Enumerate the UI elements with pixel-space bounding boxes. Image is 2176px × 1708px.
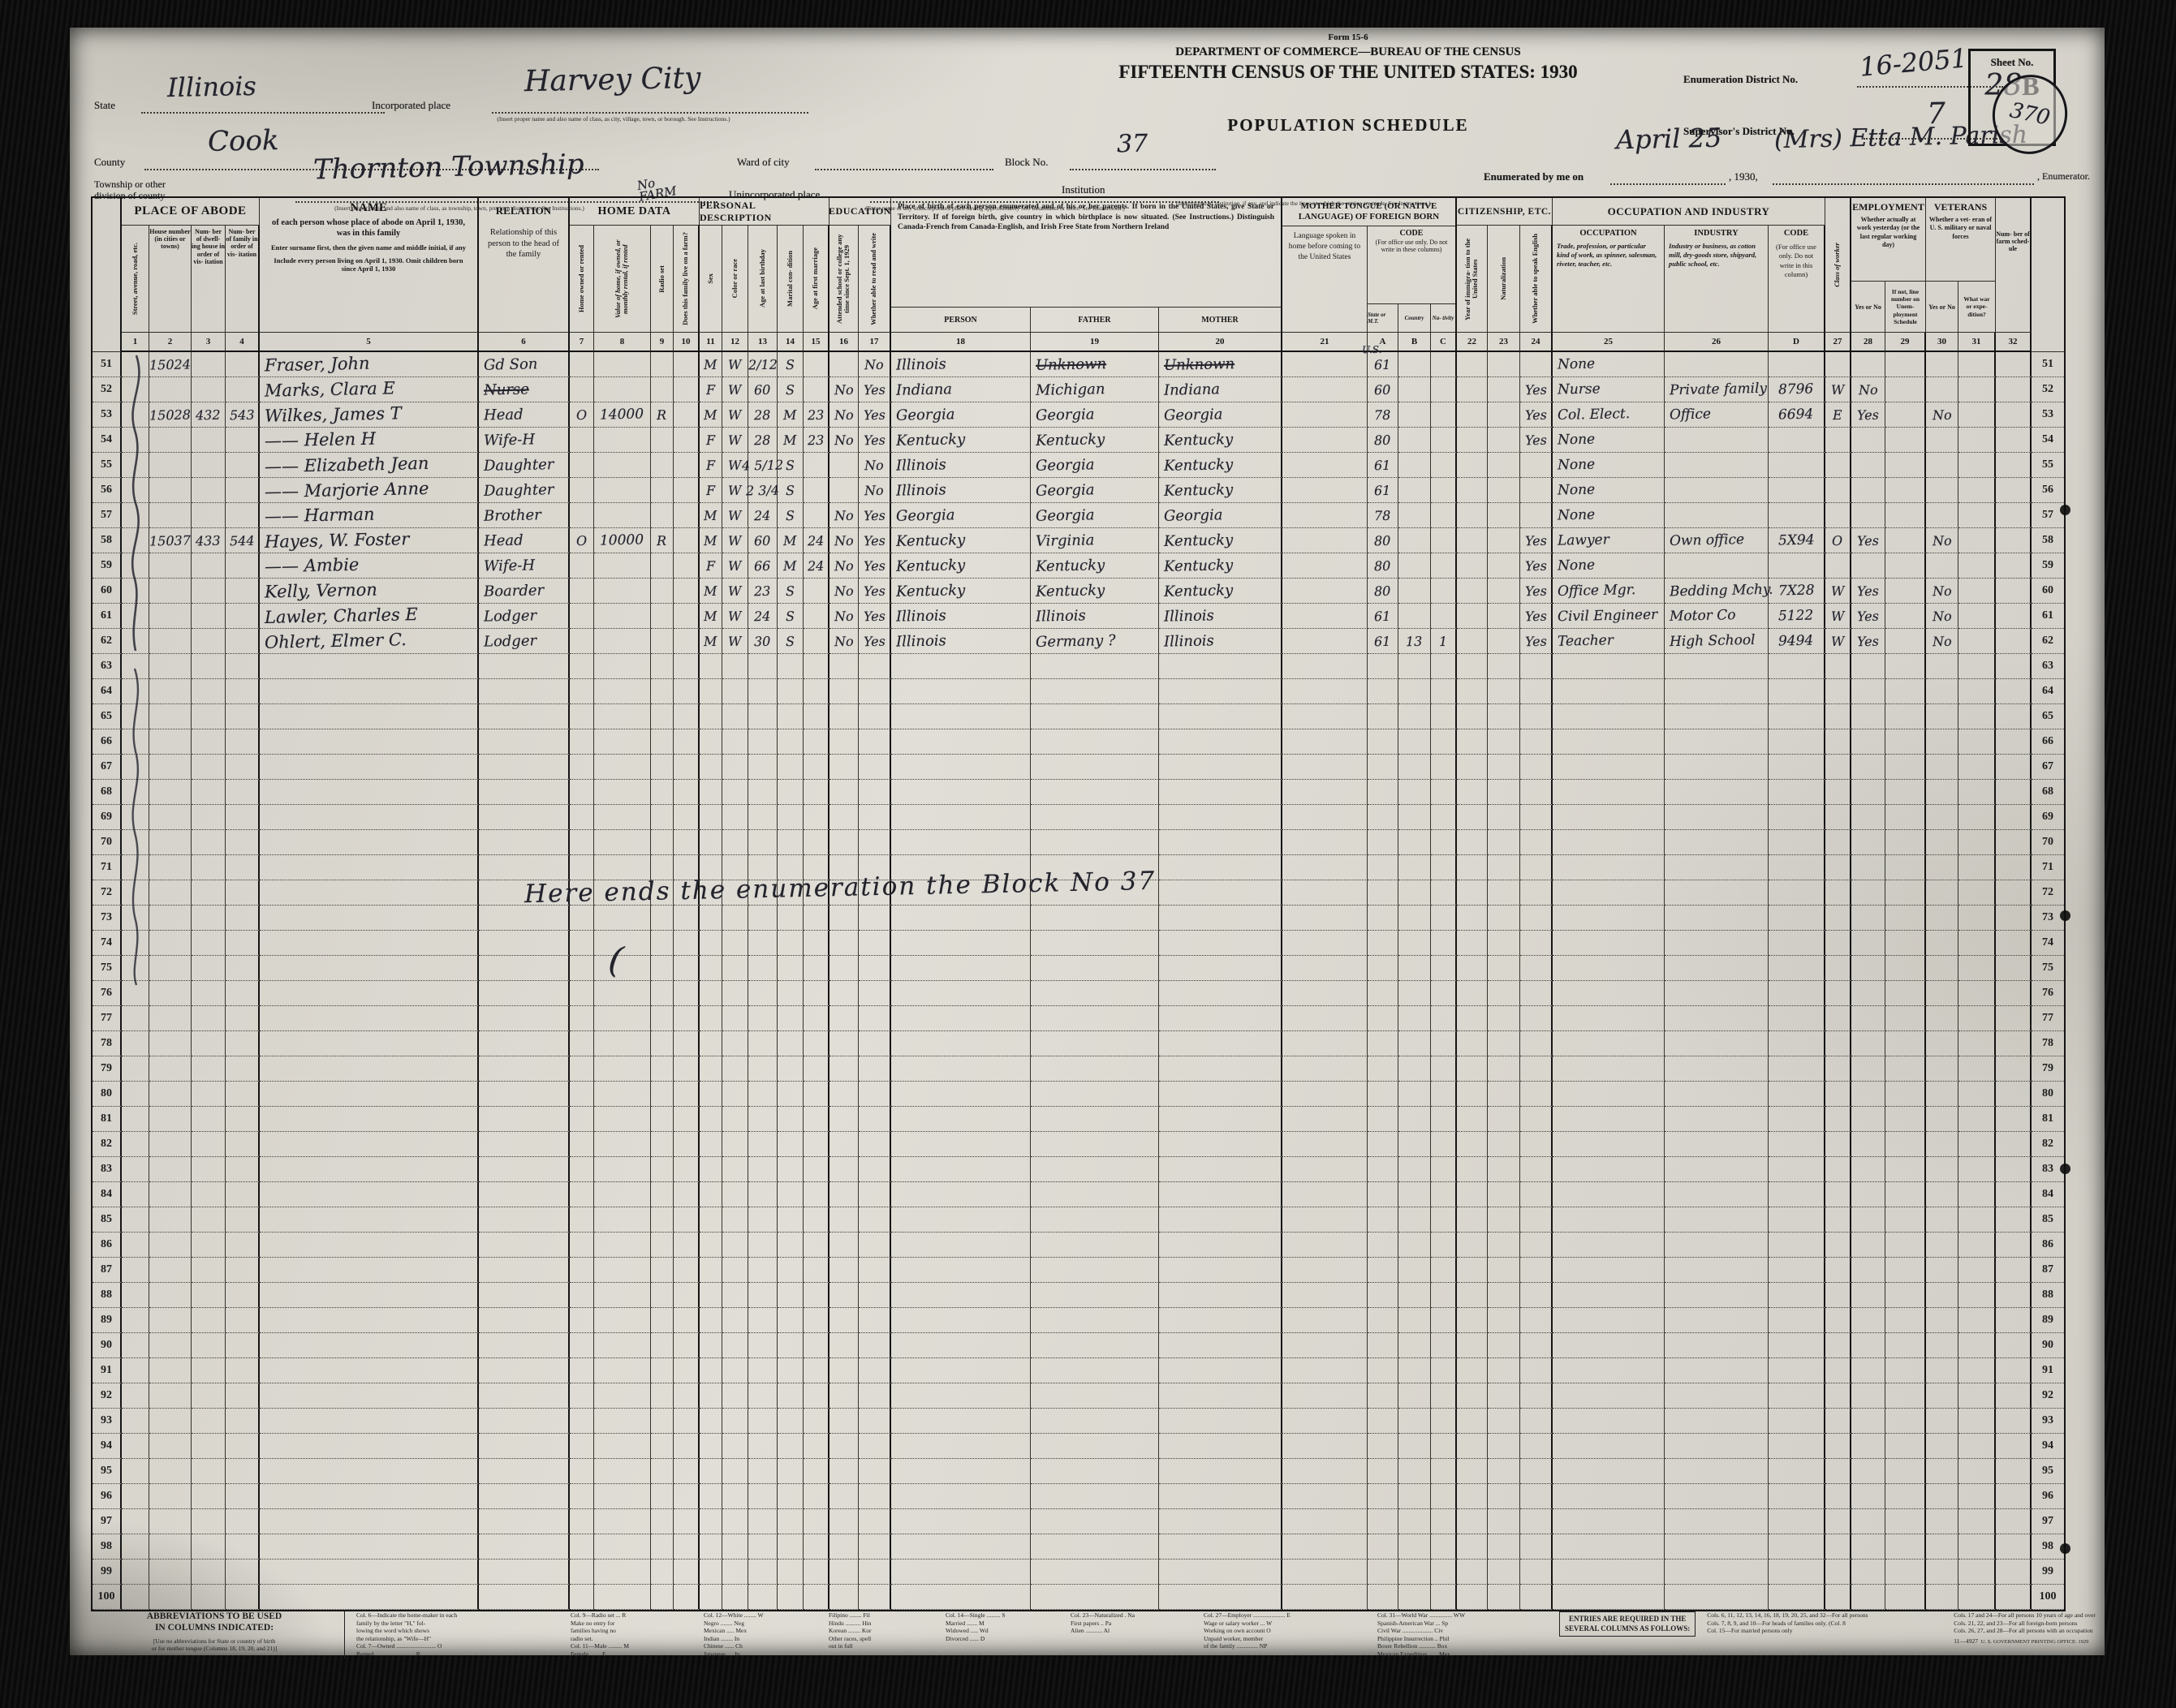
header-read-write: Whether able to read and write bbox=[859, 226, 891, 333]
cell-radio: R bbox=[651, 528, 674, 553]
cell-sch: No bbox=[829, 528, 859, 553]
cell-imm bbox=[1457, 428, 1488, 453]
cell-cD bbox=[1769, 1484, 1825, 1509]
cell-cB bbox=[1398, 855, 1431, 880]
cell-mar: S bbox=[778, 604, 804, 629]
header-immigration-year: Year of immigra- tion to the United Stat… bbox=[1457, 226, 1488, 333]
incorporated-value: Harvey City bbox=[524, 62, 701, 99]
row-number: 83 bbox=[93, 1157, 122, 1182]
cell-own bbox=[570, 1484, 594, 1509]
cell-lang bbox=[1282, 780, 1368, 805]
cell-read bbox=[859, 1308, 891, 1333]
cell-bpP bbox=[891, 654, 1031, 679]
cell-bpM bbox=[1159, 1056, 1282, 1082]
cell-own bbox=[570, 1207, 594, 1233]
column-number: 31 bbox=[1958, 333, 1996, 352]
cell-farm bbox=[674, 1534, 700, 1560]
cell-cC bbox=[1431, 1082, 1457, 1107]
cell-farm bbox=[674, 1358, 700, 1383]
cell-c29 bbox=[1885, 1031, 1926, 1056]
cell-street bbox=[122, 1006, 149, 1031]
row-number: 53 bbox=[2032, 402, 2064, 428]
cell-c29 bbox=[1885, 377, 1926, 402]
cell-occ bbox=[1553, 1233, 1665, 1258]
cell-dwell bbox=[192, 1509, 226, 1534]
cell-cD bbox=[1769, 553, 1825, 579]
cell-vet bbox=[1926, 704, 1958, 729]
cell-cB bbox=[1398, 528, 1431, 553]
cell-name bbox=[260, 1434, 479, 1459]
cell-age bbox=[748, 1031, 778, 1056]
cell-rel: Lodger bbox=[479, 604, 570, 629]
legend-col23: Col. 23—Naturalized . Na First papers ..… bbox=[1071, 1611, 1192, 1659]
cell-c29 bbox=[1885, 528, 1926, 553]
cell-age bbox=[748, 1006, 778, 1031]
cell-rel bbox=[479, 805, 570, 830]
cell-c29 bbox=[1885, 579, 1926, 604]
cell-work bbox=[1851, 830, 1885, 855]
cell-work bbox=[1851, 428, 1885, 453]
cell-fam bbox=[226, 1258, 260, 1283]
cell-farm bbox=[674, 1182, 700, 1207]
cell-dwell bbox=[192, 1383, 226, 1409]
cell-sch bbox=[829, 1283, 859, 1308]
cell-name: —— Helen H bbox=[260, 428, 479, 453]
cell-age: 60 bbox=[748, 528, 778, 553]
cell-sex bbox=[700, 1258, 722, 1283]
cell-cA bbox=[1368, 830, 1398, 855]
cell-age: 24 bbox=[748, 604, 778, 629]
cell-c29 bbox=[1885, 931, 1926, 956]
cell-cA bbox=[1368, 1409, 1398, 1434]
cell-street bbox=[122, 906, 149, 931]
cell-sch bbox=[829, 1182, 859, 1207]
cell-farm bbox=[674, 956, 700, 981]
cell-val bbox=[594, 377, 651, 402]
cell-sch bbox=[829, 1484, 859, 1509]
cell-age: 23 bbox=[748, 579, 778, 604]
cell-name bbox=[260, 1182, 479, 1207]
cell-bpM bbox=[1159, 1509, 1282, 1534]
cell-bpF bbox=[1031, 1383, 1159, 1409]
cell-vet bbox=[1926, 1333, 1958, 1358]
cell-cC bbox=[1431, 1409, 1457, 1434]
cell-work bbox=[1851, 1333, 1885, 1358]
cell-cD bbox=[1769, 1107, 1825, 1132]
cell-vet bbox=[1926, 755, 1958, 780]
cell-fam bbox=[226, 1534, 260, 1560]
cell-house bbox=[149, 1107, 192, 1132]
header-code-country: Country bbox=[1398, 304, 1431, 332]
cell-own bbox=[570, 629, 594, 654]
header-birth-mother: MOTHER bbox=[1159, 308, 1281, 332]
cell-cB bbox=[1398, 1157, 1431, 1182]
cell-ind bbox=[1665, 780, 1769, 805]
cell-bpP bbox=[891, 1560, 1031, 1585]
cell-c32 bbox=[1996, 1283, 2032, 1308]
cell-rel bbox=[479, 1056, 570, 1082]
ed-label: Enumeration District No. bbox=[1683, 73, 1798, 86]
cell-occ bbox=[1553, 780, 1665, 805]
cell-fam bbox=[226, 906, 260, 931]
cell-name bbox=[260, 679, 479, 704]
cell-cC bbox=[1431, 402, 1457, 428]
cell-mar bbox=[778, 1107, 804, 1132]
cell-c29 bbox=[1885, 855, 1926, 880]
cell-mar bbox=[778, 830, 804, 855]
cell-rel: Wife-H bbox=[479, 428, 570, 453]
cell-ind bbox=[1665, 1509, 1769, 1534]
cell-c29 bbox=[1885, 1056, 1926, 1082]
cell-sex: F bbox=[700, 428, 722, 453]
cell-dwell bbox=[192, 704, 226, 729]
legend-col12: Col. 12—White ........ W Negro ........ … bbox=[704, 1611, 817, 1659]
row-number: 70 bbox=[2032, 830, 2064, 855]
cell-house bbox=[149, 1182, 192, 1207]
cell-age bbox=[748, 1132, 778, 1157]
cell-color bbox=[722, 1560, 748, 1585]
cell-bpP bbox=[891, 1157, 1031, 1182]
cell-bpP: Illinois bbox=[891, 478, 1031, 503]
cell-cC bbox=[1431, 1358, 1457, 1383]
cell-occ bbox=[1553, 1207, 1665, 1233]
cell-work bbox=[1851, 1233, 1885, 1258]
cell-own bbox=[570, 1157, 594, 1182]
cell-cC bbox=[1431, 1484, 1457, 1509]
cell-c32 bbox=[1996, 1383, 2032, 1409]
cell-name: Fraser, John bbox=[260, 352, 479, 377]
cell-war bbox=[1958, 1006, 1996, 1031]
cell-bpM bbox=[1159, 1233, 1282, 1258]
cell-mar: M bbox=[778, 402, 804, 428]
cell-read bbox=[859, 1157, 891, 1182]
cell-cD bbox=[1769, 1082, 1825, 1107]
cell-nat bbox=[1488, 704, 1520, 729]
cell-nat bbox=[1488, 1082, 1520, 1107]
cell-cC bbox=[1431, 654, 1457, 679]
cell-work bbox=[1851, 352, 1885, 377]
cell-sex bbox=[700, 1107, 722, 1132]
cell-cls bbox=[1825, 1560, 1851, 1585]
header-language-spoken: Language spoken in home before coming to… bbox=[1282, 226, 1368, 332]
cell-own bbox=[570, 1258, 594, 1283]
print-office: U. S. GOVERNMENT PRINTING OFFICE: 1929 bbox=[1981, 1639, 2089, 1645]
cell-fam bbox=[226, 880, 260, 906]
cell-sex: M bbox=[700, 629, 722, 654]
cell-occ bbox=[1553, 1283, 1665, 1308]
township-value: Thornton Township bbox=[313, 148, 584, 187]
row-number: 77 bbox=[93, 1006, 122, 1031]
cell-bpM: Kentucky bbox=[1159, 528, 1282, 553]
cell-street bbox=[122, 1182, 149, 1207]
cell-sch bbox=[829, 1207, 859, 1233]
cell-bpP bbox=[891, 755, 1031, 780]
cell-fam bbox=[226, 1207, 260, 1233]
cell-lang bbox=[1282, 1006, 1368, 1031]
cell-sex: M bbox=[700, 604, 722, 629]
cell-bpP bbox=[891, 1308, 1031, 1333]
cell-imm bbox=[1457, 679, 1488, 704]
cell-own bbox=[570, 679, 594, 704]
cell-lang bbox=[1282, 1132, 1368, 1157]
cell-radio bbox=[651, 553, 674, 579]
cell-own bbox=[570, 1308, 594, 1333]
cell-dwell bbox=[192, 1333, 226, 1358]
cell-own bbox=[570, 704, 594, 729]
cell-house bbox=[149, 1207, 192, 1233]
cell-dwell bbox=[192, 604, 226, 629]
cell-sex bbox=[700, 981, 722, 1006]
cell-radio bbox=[651, 704, 674, 729]
row-number: 63 bbox=[93, 654, 122, 679]
cell-imm bbox=[1457, 1409, 1488, 1434]
cell-farm bbox=[674, 780, 700, 805]
cell-mar bbox=[778, 755, 804, 780]
cell-ind bbox=[1665, 1207, 1769, 1233]
cell-mar bbox=[778, 1031, 804, 1056]
cell-radio bbox=[651, 1082, 674, 1107]
cell-ind: Private family bbox=[1665, 377, 1769, 402]
cell-mar bbox=[778, 729, 804, 755]
cell-cB bbox=[1398, 1434, 1431, 1459]
cell-vet bbox=[1926, 1006, 1958, 1031]
cell-radio bbox=[651, 1056, 674, 1082]
cell-house bbox=[149, 1157, 192, 1182]
cell-cls bbox=[1825, 1459, 1851, 1484]
cell-bpP bbox=[891, 931, 1031, 956]
cell-bpM bbox=[1159, 855, 1282, 880]
column-number: C bbox=[1431, 333, 1457, 352]
cell-lang bbox=[1282, 1383, 1368, 1409]
cell-street bbox=[122, 704, 149, 729]
cell-bpP: Georgia bbox=[891, 402, 1031, 428]
cell-c32 bbox=[1996, 453, 2032, 478]
cell-street bbox=[122, 654, 149, 679]
cell-ind bbox=[1665, 1434, 1769, 1459]
cell-house bbox=[149, 478, 192, 503]
cell-war bbox=[1958, 1258, 1996, 1283]
cell-fam bbox=[226, 729, 260, 755]
cell-fam bbox=[226, 1333, 260, 1358]
cell-own bbox=[570, 1006, 594, 1031]
cell-farm bbox=[674, 805, 700, 830]
cell-bpF: Unknown bbox=[1031, 352, 1159, 377]
institution-label: Institution bbox=[1062, 183, 1105, 196]
cell-own bbox=[570, 1233, 594, 1258]
cell-cC bbox=[1431, 1258, 1457, 1283]
cell-cB bbox=[1398, 1383, 1431, 1409]
cell-fam bbox=[226, 352, 260, 377]
cell-imm bbox=[1457, 402, 1488, 428]
cell-fam bbox=[226, 1107, 260, 1132]
cell-imm bbox=[1457, 629, 1488, 654]
cell-color bbox=[722, 1182, 748, 1207]
cell-c32 bbox=[1996, 1258, 2032, 1283]
cell-own bbox=[570, 981, 594, 1006]
cell-val bbox=[594, 1107, 651, 1132]
cell-color bbox=[722, 1207, 748, 1233]
cell-street bbox=[122, 780, 149, 805]
cell-street bbox=[122, 1484, 149, 1509]
cell-bpF: Georgia bbox=[1031, 402, 1159, 428]
cell-name: Marks, Clara E bbox=[260, 377, 479, 402]
cell-cD bbox=[1769, 704, 1825, 729]
cell-lang bbox=[1282, 931, 1368, 956]
cell-occ bbox=[1553, 1056, 1665, 1082]
cell-farm bbox=[674, 352, 700, 377]
cell-sex bbox=[700, 1006, 722, 1031]
cell-bpM bbox=[1159, 1031, 1282, 1056]
cell-name bbox=[260, 830, 479, 855]
cell-fam bbox=[226, 1560, 260, 1585]
cell-agefm bbox=[804, 1534, 829, 1560]
cell-radio bbox=[651, 729, 674, 755]
cell-name: Hayes, W. Foster bbox=[260, 528, 479, 553]
cell-cls bbox=[1825, 553, 1851, 579]
cell-ind bbox=[1665, 478, 1769, 503]
cell-val bbox=[594, 981, 651, 1006]
row-number: 80 bbox=[2032, 1082, 2064, 1107]
cell-eng bbox=[1520, 352, 1553, 377]
cell-sex bbox=[700, 1383, 722, 1409]
cell-cD bbox=[1769, 654, 1825, 679]
cell-eng bbox=[1520, 729, 1553, 755]
cell-rel bbox=[479, 654, 570, 679]
cell-cB bbox=[1398, 679, 1431, 704]
cell-ind bbox=[1665, 1258, 1769, 1283]
cell-read bbox=[859, 956, 891, 981]
column-number: 13 bbox=[748, 333, 778, 352]
cell-cls: W bbox=[1825, 377, 1851, 402]
cell-house bbox=[149, 1258, 192, 1283]
header-color-race: Color or race bbox=[722, 226, 748, 333]
cell-occ: None bbox=[1553, 453, 1665, 478]
cell-age bbox=[748, 1560, 778, 1585]
cell-work bbox=[1851, 755, 1885, 780]
cell-eng bbox=[1520, 1258, 1553, 1283]
cell-sch bbox=[829, 830, 859, 855]
cell-farm bbox=[674, 906, 700, 931]
cell-eng bbox=[1520, 1132, 1553, 1157]
cell-imm bbox=[1457, 1534, 1488, 1560]
cell-agefm bbox=[804, 503, 829, 528]
column-number: 23 bbox=[1488, 333, 1520, 352]
row-number: 88 bbox=[93, 1283, 122, 1308]
cell-mar: S bbox=[778, 352, 804, 377]
cell-farm bbox=[674, 1082, 700, 1107]
cell-cls: W bbox=[1825, 629, 1851, 654]
cell-val bbox=[594, 629, 651, 654]
cell-sex bbox=[700, 1333, 722, 1358]
cell-agefm bbox=[804, 1056, 829, 1082]
cell-street bbox=[122, 755, 149, 780]
cell-read: Yes bbox=[859, 503, 891, 528]
cell-ind bbox=[1665, 1484, 1769, 1509]
column-number: 5 bbox=[260, 333, 479, 352]
cell-cA: 60 bbox=[1368, 377, 1398, 402]
cell-bpM bbox=[1159, 654, 1282, 679]
cell-rel bbox=[479, 1358, 570, 1383]
cell-vet bbox=[1926, 805, 1958, 830]
cell-vet bbox=[1926, 981, 1958, 1006]
cell-cC bbox=[1431, 1383, 1457, 1409]
cell-radio bbox=[651, 1308, 674, 1333]
cell-ind bbox=[1665, 1031, 1769, 1056]
cell-sex: F bbox=[700, 453, 722, 478]
cell-cD bbox=[1769, 755, 1825, 780]
cell-bpP bbox=[891, 1585, 1031, 1610]
cell-eng bbox=[1520, 1484, 1553, 1509]
cell-house bbox=[149, 1459, 192, 1484]
cell-occ bbox=[1553, 1434, 1665, 1459]
cell-sex: M bbox=[700, 579, 722, 604]
cell-name bbox=[260, 956, 479, 981]
cell-vet bbox=[1926, 1182, 1958, 1207]
cell-sex: M bbox=[700, 528, 722, 553]
cell-street bbox=[122, 503, 149, 528]
cell-farm bbox=[674, 1207, 700, 1233]
cell-rel bbox=[479, 1157, 570, 1182]
cell-bpP bbox=[891, 780, 1031, 805]
cell-imm bbox=[1457, 1107, 1488, 1132]
block-line bbox=[1070, 169, 1216, 170]
cell-imm bbox=[1457, 654, 1488, 679]
cell-vet bbox=[1926, 855, 1958, 880]
row-number: 83 bbox=[2032, 1157, 2064, 1182]
cell-ind: Motor Co bbox=[1665, 604, 1769, 629]
cell-imm bbox=[1457, 1258, 1488, 1283]
cell-dwell bbox=[192, 352, 226, 377]
cell-occ bbox=[1553, 729, 1665, 755]
row-number: 96 bbox=[2032, 1484, 2064, 1509]
cell-rel bbox=[479, 704, 570, 729]
cell-eng bbox=[1520, 704, 1553, 729]
cell-c32 bbox=[1996, 1585, 2032, 1610]
cell-mar: S bbox=[778, 377, 804, 402]
cell-cA bbox=[1368, 1358, 1398, 1383]
cell-house bbox=[149, 1585, 192, 1610]
cell-cls bbox=[1825, 1409, 1851, 1434]
cell-age bbox=[748, 1534, 778, 1560]
cell-war bbox=[1958, 604, 1996, 629]
cell-read bbox=[859, 1459, 891, 1484]
row-number: 89 bbox=[2032, 1308, 2064, 1333]
cell-work bbox=[1851, 679, 1885, 704]
cell-bpF bbox=[1031, 1207, 1159, 1233]
cell-color: W bbox=[722, 503, 748, 528]
cell-c29 bbox=[1885, 1132, 1926, 1157]
cell-bpP bbox=[891, 1509, 1031, 1534]
cell-fam bbox=[226, 1585, 260, 1610]
cell-age bbox=[748, 1459, 778, 1484]
cell-rel bbox=[479, 1182, 570, 1207]
cell-bpF bbox=[1031, 1484, 1159, 1509]
header-street: Street, avenue, road, etc. bbox=[122, 226, 149, 333]
cell-rel bbox=[479, 780, 570, 805]
cell-read bbox=[859, 679, 891, 704]
cell-house bbox=[149, 1434, 192, 1459]
cell-occ bbox=[1553, 830, 1665, 855]
cell-own bbox=[570, 855, 594, 880]
cell-cA: 61 bbox=[1368, 604, 1398, 629]
cell-cD bbox=[1769, 1459, 1825, 1484]
cell-sex bbox=[700, 1207, 722, 1233]
cell-bpP: Georgia bbox=[891, 503, 1031, 528]
row-number: 59 bbox=[2032, 553, 2064, 579]
cell-bpM bbox=[1159, 1157, 1282, 1182]
cell-agefm bbox=[804, 981, 829, 1006]
cell-color bbox=[722, 830, 748, 855]
